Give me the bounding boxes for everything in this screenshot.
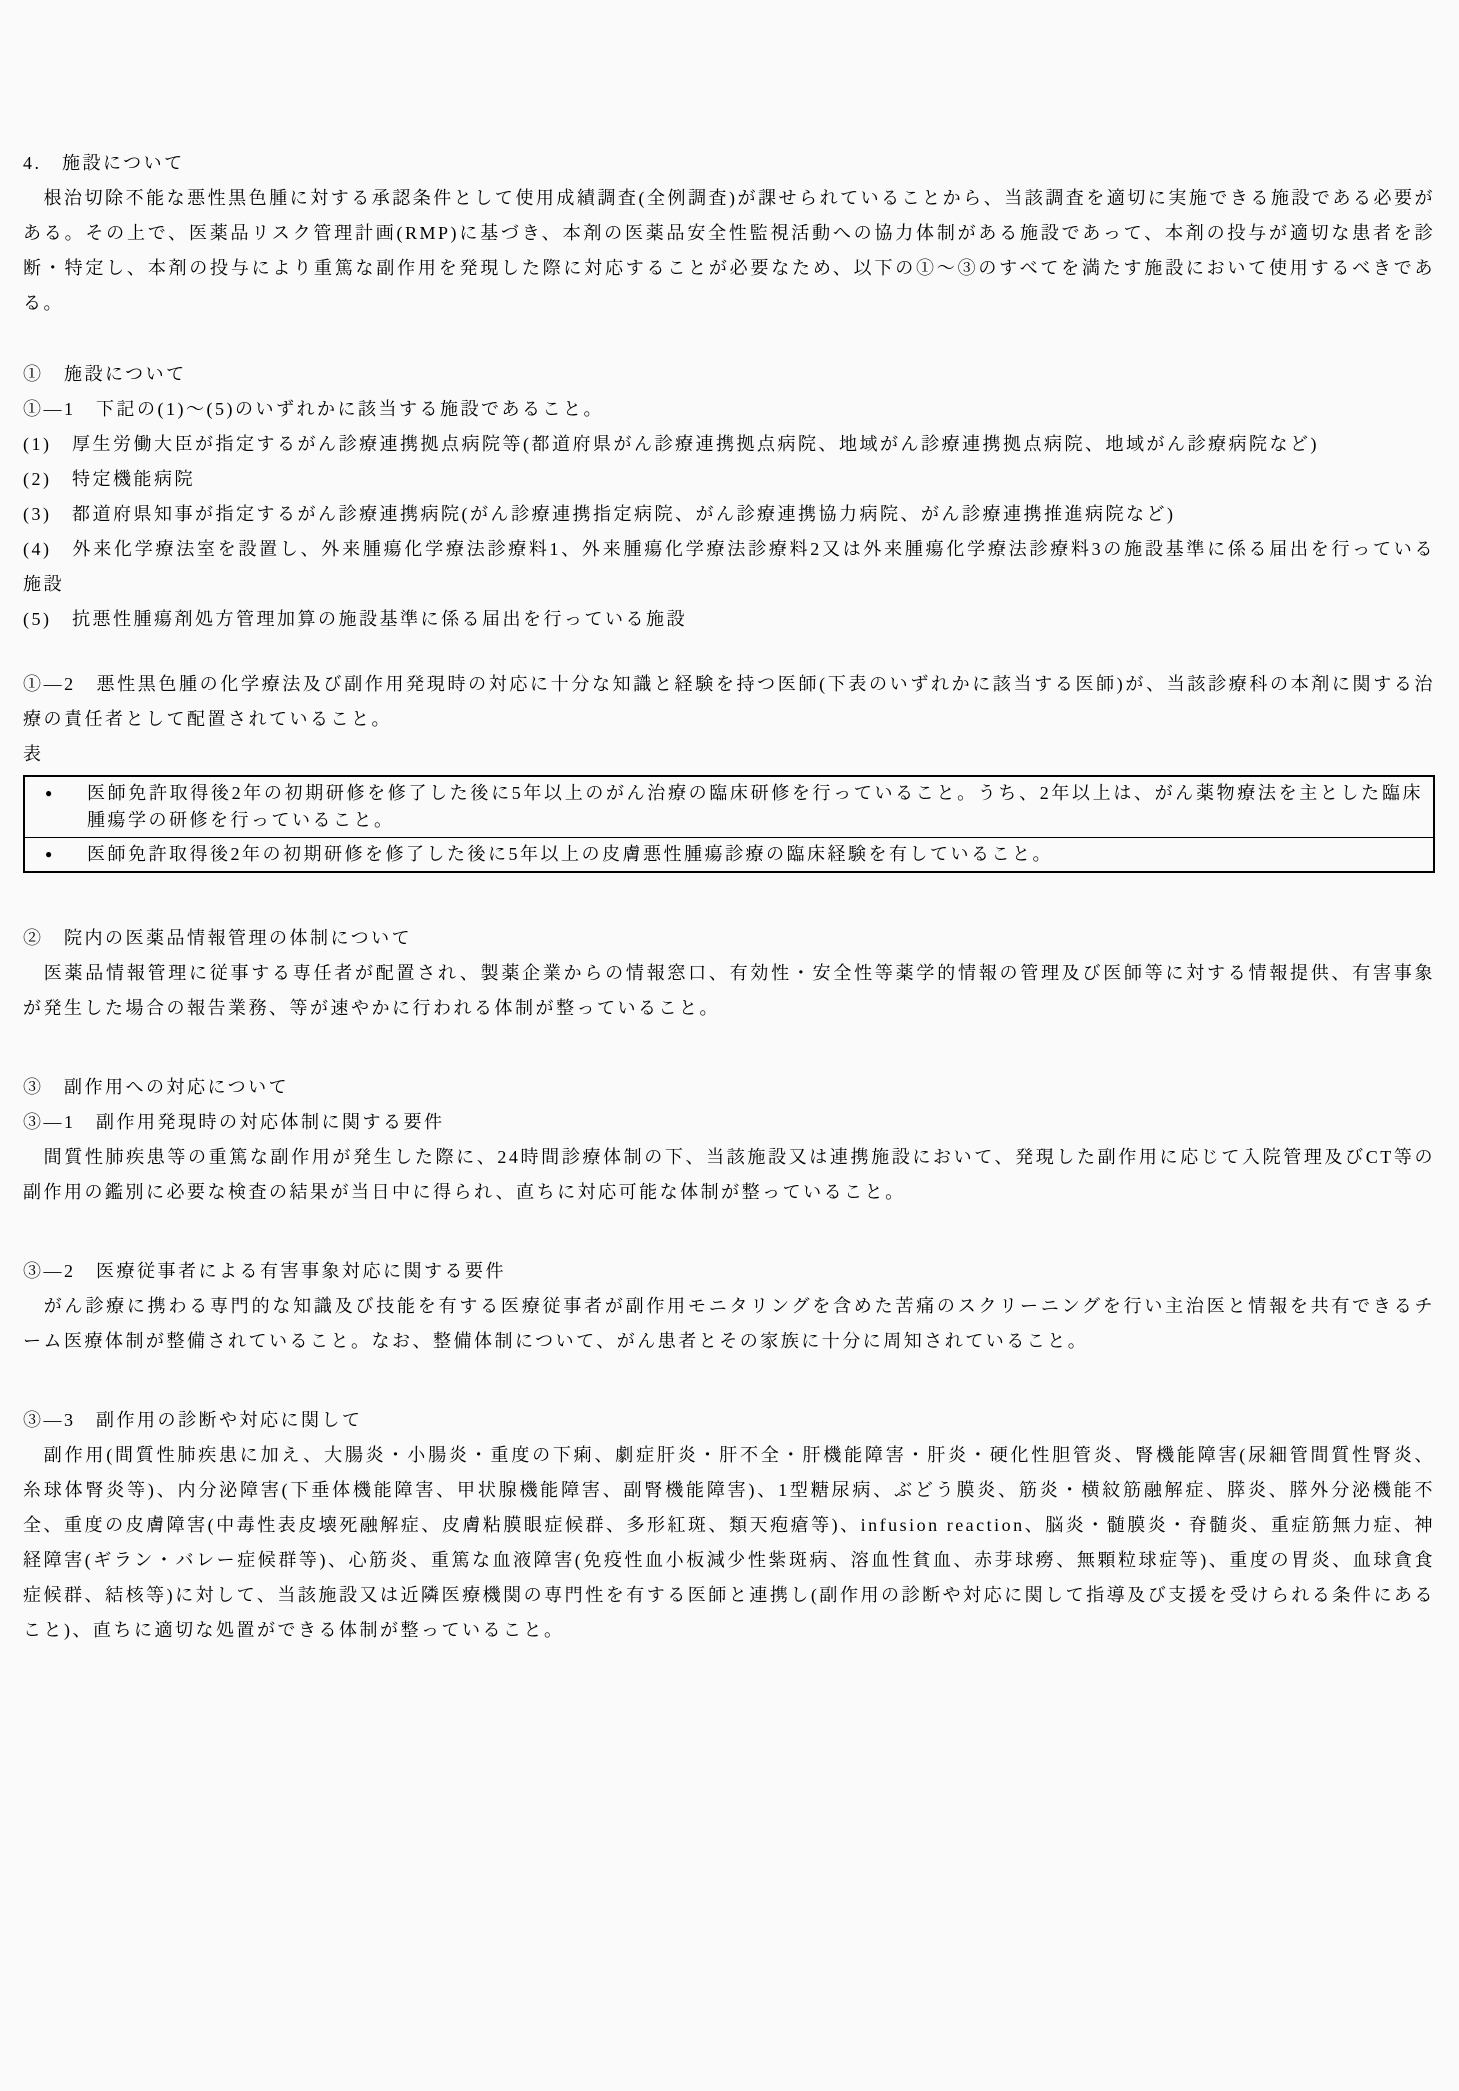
section-4-title: 4. 施設について: [23, 146, 1435, 181]
bullet-icon: ●: [24, 838, 86, 873]
physician-criteria-table: ● 医師免許取得後2年の初期研修を修了した後に5年以上のがん治療の臨床研修を行っ…: [23, 775, 1435, 873]
item-2-title: ② 院内の医薬品情報管理の体制について: [23, 921, 1435, 956]
table-row: ● 医師免許取得後2年の初期研修を修了した後に5年以上のがん治療の臨床研修を行っ…: [24, 776, 1434, 838]
bullet-icon: ●: [24, 776, 86, 838]
item-1-title: ① 施設について: [23, 357, 1435, 392]
item-3-2-title: ③—2 医療従事者による有害事象対応に関する要件: [23, 1254, 1435, 1289]
item-3-1-body: 間質性肺疾患等の重篤な副作用が発生した際に、24時間診療体制の下、当該施設又は連…: [23, 1140, 1435, 1210]
table-label: 表: [23, 737, 1435, 772]
facility-list-item-1: (1) 厚生労働大臣が指定するがん診療連携拠点病院等(都道府県がん診療連携拠点病…: [23, 427, 1435, 462]
item-3-title: ③ 副作用への対応について: [23, 1070, 1435, 1105]
document-page: { "page": { "background": "#fafafa", "te…: [0, 0, 1459, 2091]
criteria-text: 医師免許取得後2年の初期研修を修了した後に5年以上の皮膚悪性腫瘍診療の臨床経験を…: [86, 838, 1434, 873]
facility-list-item-2: (2) 特定機能病院: [23, 462, 1435, 497]
section-4-intro: 根治切除不能な悪性黒色腫に対する承認条件として使用成績調査(全例調査)が課せられ…: [23, 181, 1435, 321]
item-2-body: 医薬品情報管理に従事する専任者が配置され、製薬企業からの情報窓口、有効性・安全性…: [23, 956, 1435, 1026]
item-3-3-title: ③—3 副作用の診断や対応に関して: [23, 1403, 1435, 1438]
criteria-text: 医師免許取得後2年の初期研修を修了した後に5年以上のがん治療の臨床研修を行ってい…: [86, 776, 1434, 838]
item-3-2-body: がん診療に携わる専門的な知識及び技能を有する医療従事者が副作用モニタリングを含め…: [23, 1289, 1435, 1359]
facility-list-item-4: (4) 外来化学療法室を設置し、外来腫瘍化学療法診療料1、外来腫瘍化学療法診療料…: [23, 532, 1435, 602]
document-body: 4. 施設について 根治切除不能な悪性黒色腫に対する承認条件として使用成績調査(…: [0, 0, 1459, 1688]
item-3-3-body: 副作用(間質性肺疾患に加え、大腸炎・小腸炎・重度の下痢、劇症肝炎・肝不全・肝機能…: [23, 1438, 1435, 1648]
table-row: ● 医師免許取得後2年の初期研修を修了した後に5年以上の皮膚悪性腫瘍診療の臨床経…: [24, 838, 1434, 873]
facility-list-item-3: (3) 都道府県知事が指定するがん診療連携病院(がん診療連携指定病院、がん診療連…: [23, 497, 1435, 532]
item-3-1-title: ③—1 副作用発現時の対応体制に関する要件: [23, 1105, 1435, 1140]
item-1-2-text: ①—2 悪性黒色腫の化学療法及び副作用発現時の対応に十分な知識と経験を持つ医師(…: [23, 667, 1435, 737]
item-1-1-title: ①—1 下記の(1)～(5)のいずれかに該当する施設であること。: [23, 392, 1435, 427]
facility-list-item-5: (5) 抗悪性腫瘍剤処方管理加算の施設基準に係る届出を行っている施設: [23, 602, 1435, 637]
